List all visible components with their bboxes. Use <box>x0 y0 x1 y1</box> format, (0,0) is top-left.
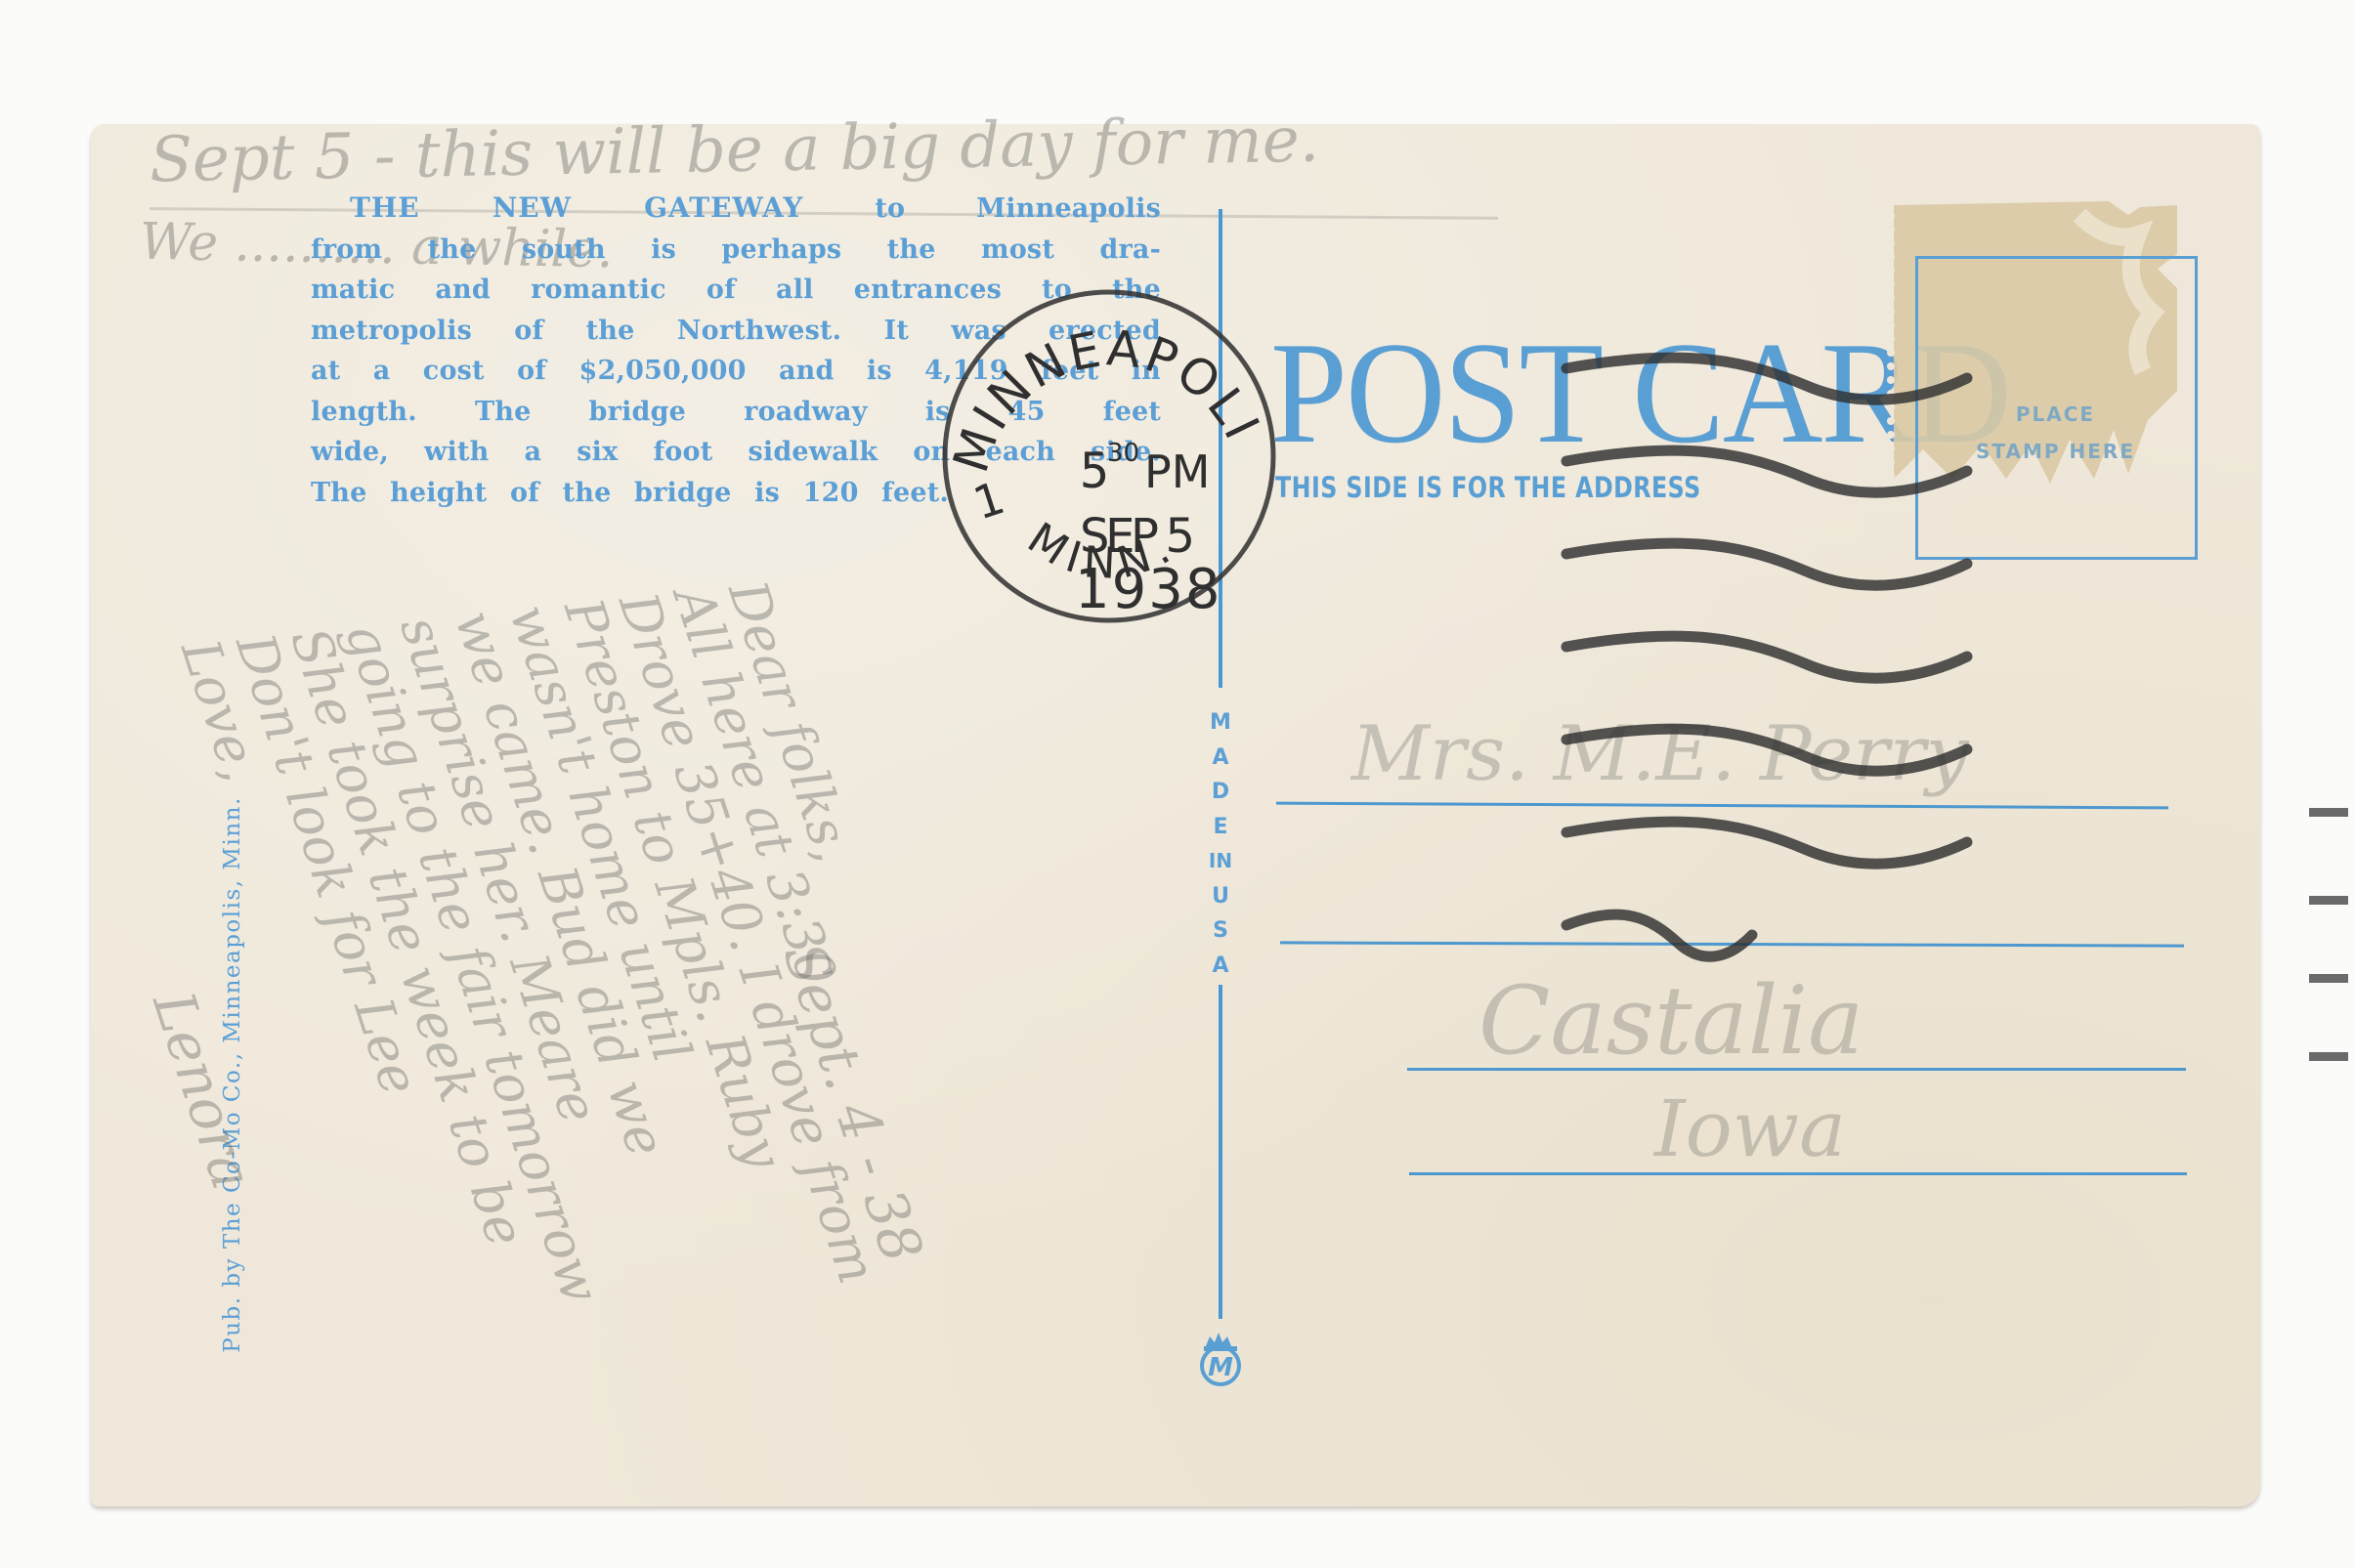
postmark-station: 1 <box>967 471 1011 530</box>
description-line: THE NEW GATEWAY to Minneapolis <box>311 188 1161 230</box>
cancellation-bars <box>1459 349 2290 1179</box>
made-in-usa-letter: A <box>1208 741 1233 776</box>
made-in-usa-letter: D <box>1208 775 1233 810</box>
description-title: THE NEW GATEWAY <box>350 191 803 224</box>
made-in-usa-letter: E <box>1208 810 1233 845</box>
made-in-usa-letter: S <box>1208 913 1233 949</box>
description-title-rest: to Minneapolis <box>803 193 1161 224</box>
postmark-hour: 5 <box>1080 443 1109 499</box>
postmark-minutes: 30 <box>1107 439 1139 468</box>
svg-text:M: M <box>1208 1353 1233 1382</box>
postmark-date: SEP 5 <box>1080 509 1195 564</box>
handwriting-signature: Lenora <box>140 984 266 1197</box>
description-line: from the south is perhaps the most dra- <box>311 230 1161 271</box>
made-in-usa-letter: U <box>1208 879 1233 914</box>
postmark-year: 1938 <box>1075 558 1222 621</box>
postmark-meridiem: PM <box>1144 445 1210 498</box>
handwriting-top-line-1: Sept 5 - this will be a big day for me. <box>149 105 1319 197</box>
made-in-usa: MADEINUSA <box>1208 705 1233 983</box>
made-in-usa-letter: M <box>1208 705 1233 741</box>
made-in-usa-letter: IN <box>1208 844 1233 879</box>
postcard-back: Sept 5 - this will be a big day for me. … <box>91 124 2260 1506</box>
publisher-logo-icon: M <box>1192 1329 1249 1387</box>
postmark: MINNEAPOLIS MINN. 1 5 30 PM SEP 5 1938 <box>933 280 1285 632</box>
made-in-usa-letter: A <box>1208 949 1233 984</box>
handwritten-message: Sept. 4 - 38 Dear folks,All here at 3:30… <box>150 515 1224 1492</box>
center-divider-bottom <box>1219 985 1222 1319</box>
